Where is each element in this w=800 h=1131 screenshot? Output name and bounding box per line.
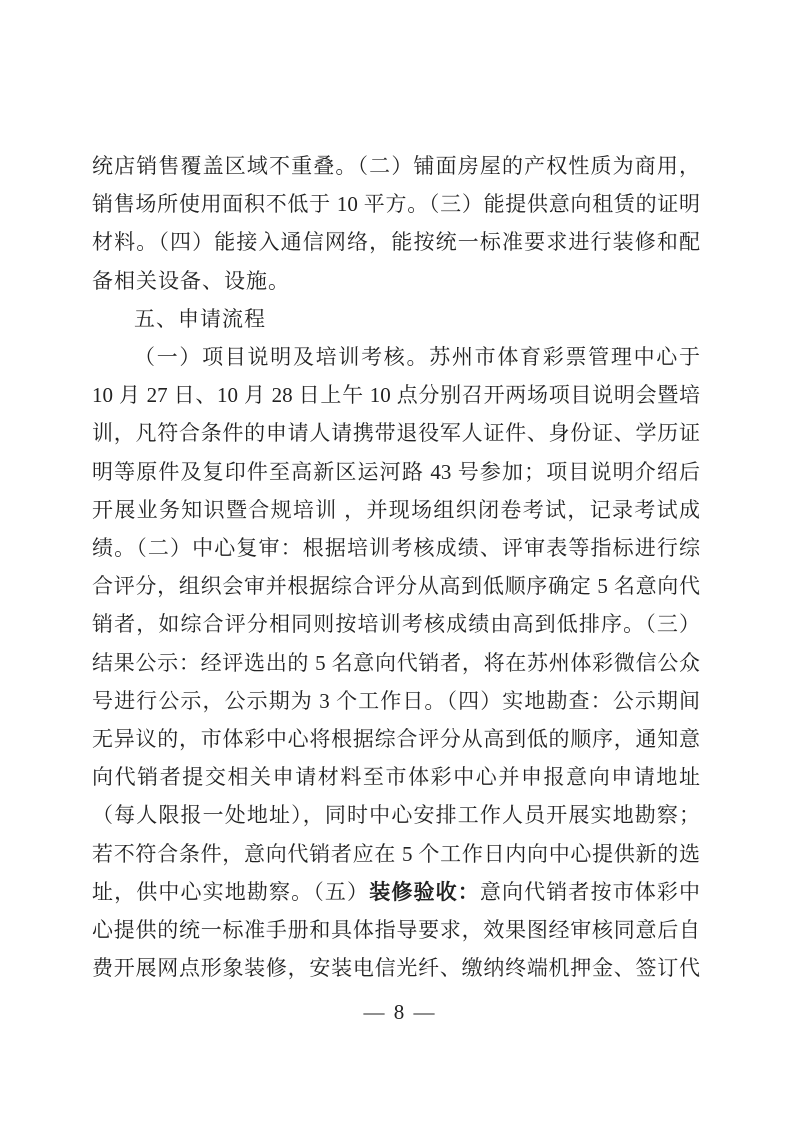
text-line: 开展业务知识暨合规培训 ，并现场组织闭卷考试，记录考试成 bbox=[92, 491, 700, 529]
text-segment: 心提供的统一标准手册和具体指导要求，效果图经审核同意后自 bbox=[92, 918, 700, 942]
text-line: 销售场所使用面积不低于 10 平方。（三）能提供意向租赁的证明 bbox=[92, 185, 700, 223]
text-line: 合评分，组织会审并根据综合评分从高到低顺序确定 5 名意向代 bbox=[92, 567, 700, 605]
document-body: 统店销售覆盖区域不重叠。（二）铺面房屋的产权性质为商用，销售场所使用面积不低于 … bbox=[92, 147, 700, 987]
text-line: 销者，如综合评分相同则按培训考核成绩由高到低排序。（三） bbox=[92, 605, 700, 643]
text-line: 无异议的，市体彩中心将根据综合评分从高到低的顺序，通知意 bbox=[92, 720, 700, 758]
text-line: 号进行公示，公示期为 3 个工作日。（四）实地勘查：公示期间 bbox=[92, 682, 700, 720]
text-line: 绩。（二）中心复审：根据培训考核成绩、评审表等指标进行综 bbox=[92, 529, 700, 567]
text-line: 材料。（四）能接入通信网络，能按统一标准要求进行装修和配 bbox=[92, 223, 700, 261]
text-segment: 五、申请流程 bbox=[134, 307, 266, 331]
text-segment: 向代销者提交相关申请材料至市体彩中心并申报意向申请地址 bbox=[92, 765, 700, 789]
text-segment: 结果公示：经评选出的 5 名意向代销者，将在苏州体彩微信公众 bbox=[92, 651, 700, 675]
text-line: 若不符合条件，意向代销者应在 5 个工作日内向中心提供新的选 bbox=[92, 835, 700, 873]
paragraph: 五、申请流程 bbox=[92, 300, 700, 338]
text-line: 五、申请流程 bbox=[92, 300, 700, 338]
document-page: 统店销售覆盖区域不重叠。（二）铺面房屋的产权性质为商用，销售场所使用面积不低于 … bbox=[0, 0, 800, 1131]
text-segment: 费开展网点形象装修，安装电信光纤、缴纳终端机押金、签订代 bbox=[92, 956, 700, 980]
text-segment: （每人限报一处地址），同时中心安排工作人员开展实地勘察； bbox=[92, 803, 700, 827]
text-segment: 绩。（二）中心复审：根据培训考核成绩、评审表等指标进行综 bbox=[92, 536, 700, 560]
text-segment: 训，凡符合条件的申请人请携带退役军人证件、身份证、学历证 bbox=[92, 421, 700, 445]
paragraph: （一）项目说明及培训考核。苏州市体育彩票管理中心于10 月 27 日、10 月 … bbox=[92, 338, 700, 987]
page-number: — 8 — bbox=[0, 999, 800, 1025]
text-segment: 10 月 27 日、10 月 28 日上午 10 点分别召开两场项目说明会暨培 bbox=[92, 383, 700, 407]
text-segment: 址，供中心实地勘察。（五） bbox=[92, 880, 369, 904]
text-line: 心提供的统一标准手册和具体指导要求，效果图经审核同意后自 bbox=[92, 911, 700, 949]
text-line: （一）项目说明及培训考核。苏州市体育彩票管理中心于 bbox=[92, 338, 700, 376]
text-segment: 意向代销者按市体彩中 bbox=[480, 880, 700, 904]
text-segment: 销者，如综合评分相同则按培训考核成绩由高到低排序。（三） bbox=[92, 612, 700, 636]
text-line: 向代销者提交相关申请材料至市体彩中心并申报意向申请地址 bbox=[92, 758, 700, 796]
text-segment: （一）项目说明及培训考核。苏州市体育彩票管理中心于 bbox=[134, 345, 700, 369]
text-segment: 明等原件及复印件至高新区运河路 43 号参加；项目说明介绍后 bbox=[92, 460, 700, 484]
text-segment: 开展业务知识暨合规培训 ，并现场组织闭卷考试，记录考试成 bbox=[92, 498, 700, 522]
text-segment: 合评分，组织会审并根据综合评分从高到低顺序确定 5 名意向代 bbox=[92, 574, 700, 598]
text-segment: 备相关设备、设施。 bbox=[92, 269, 290, 293]
emphasis-text: 装修验收： bbox=[369, 880, 480, 904]
text-line: 费开展网点形象装修，安装电信光纤、缴纳终端机押金、签订代 bbox=[92, 949, 700, 987]
text-segment: 材料。（四）能接入通信网络，能按统一标准要求进行装修和配 bbox=[92, 230, 700, 254]
text-line: 统店销售覆盖区域不重叠。（二）铺面房屋的产权性质为商用， bbox=[92, 147, 700, 185]
text-segment: 号进行公示，公示期为 3 个工作日。（四）实地勘查：公示期间 bbox=[92, 689, 700, 713]
text-line: 10 月 27 日、10 月 28 日上午 10 点分别召开两场项目说明会暨培 bbox=[92, 376, 700, 414]
text-segment: 销售场所使用面积不低于 10 平方。（三）能提供意向租赁的证明 bbox=[92, 192, 700, 216]
text-line: 结果公示：经评选出的 5 名意向代销者，将在苏州体彩微信公众 bbox=[92, 644, 700, 682]
text-segment: 统店销售覆盖区域不重叠。（二）铺面房屋的产权性质为商用， bbox=[92, 154, 700, 178]
text-line: 训，凡符合条件的申请人请携带退役军人证件、身份证、学历证 bbox=[92, 414, 700, 452]
text-segment: 无异议的，市体彩中心将根据综合评分从高到低的顺序，通知意 bbox=[92, 727, 700, 751]
text-line: 明等原件及复印件至高新区运河路 43 号参加；项目说明介绍后 bbox=[92, 453, 700, 491]
text-line: 备相关设备、设施。 bbox=[92, 262, 700, 300]
text-line: 址，供中心实地勘察。（五）装修验收：意向代销者按市体彩中 bbox=[92, 873, 700, 911]
text-line: （每人限报一处地址），同时中心安排工作人员开展实地勘察； bbox=[92, 796, 700, 834]
paragraph: 统店销售覆盖区域不重叠。（二）铺面房屋的产权性质为商用，销售场所使用面积不低于 … bbox=[92, 147, 700, 300]
text-segment: 若不符合条件，意向代销者应在 5 个工作日内向中心提供新的选 bbox=[92, 842, 700, 866]
